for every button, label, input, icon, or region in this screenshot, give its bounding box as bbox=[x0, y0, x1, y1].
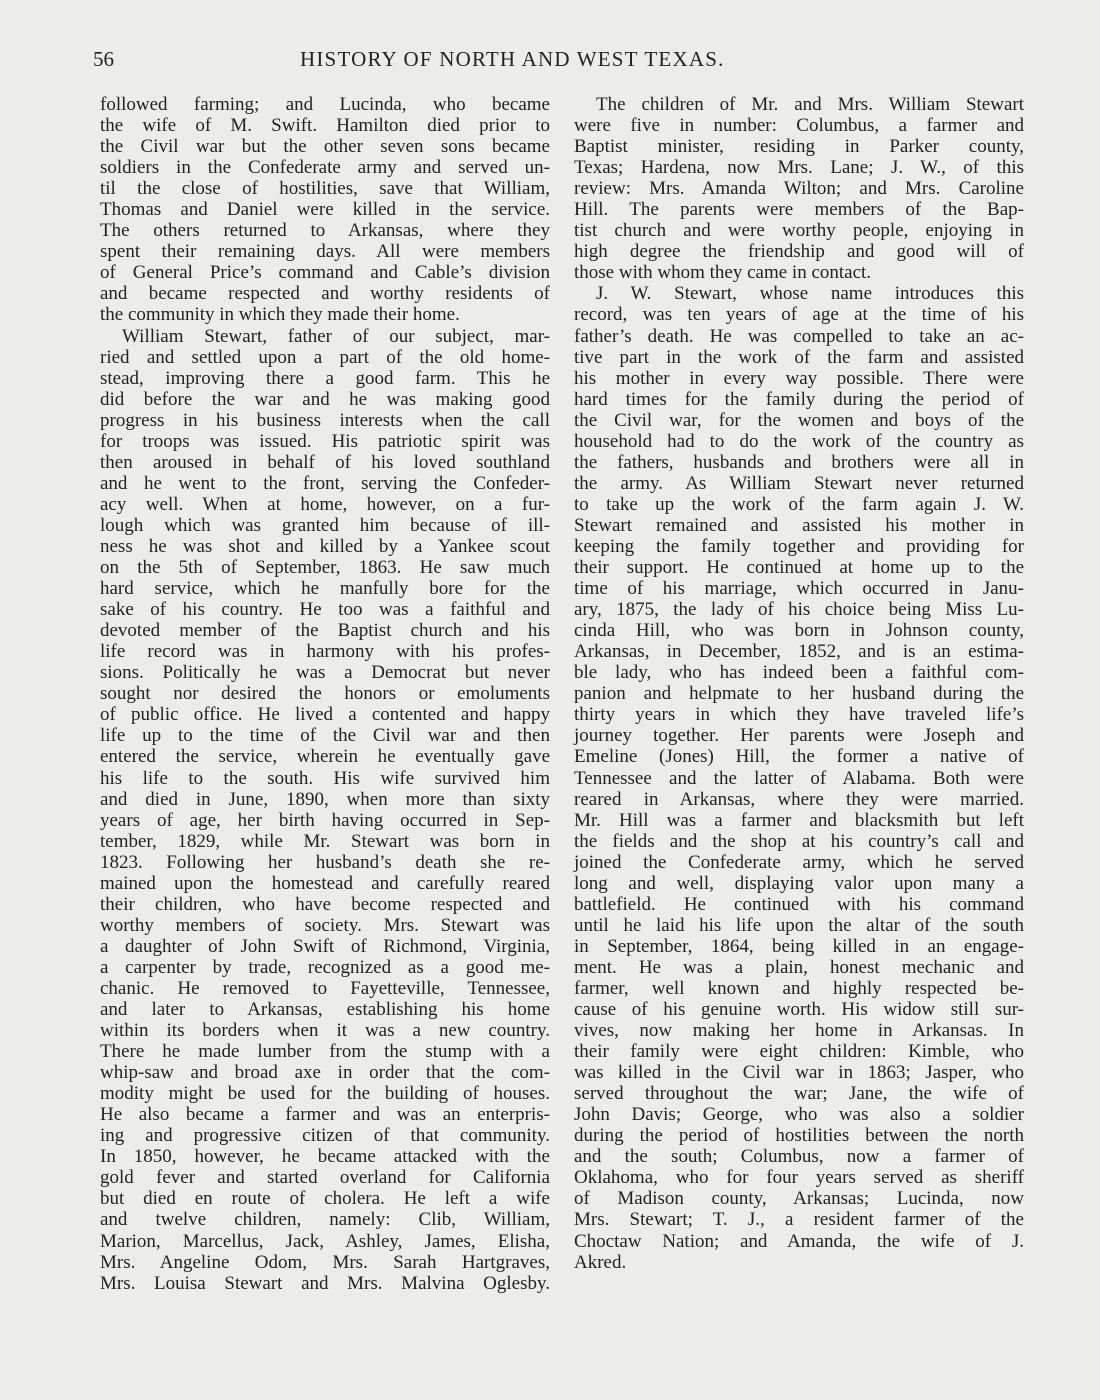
text-line: during the period of hostilities between… bbox=[574, 1125, 1024, 1146]
text-line: joined the Confederate army, which he se… bbox=[574, 852, 1024, 873]
text-line: Stewart remained and assisted his mother… bbox=[574, 515, 1024, 536]
text-line: acy well. When at home, however, on a fu… bbox=[100, 494, 550, 515]
text-line: spent their remaining days. All were mem… bbox=[100, 241, 550, 262]
text-line: review: Mrs. Amanda Wilton; and Mrs. Car… bbox=[574, 178, 1024, 199]
text-line: farmer, well known and highly respected … bbox=[574, 978, 1024, 999]
text-line: high degree the friendship and good will… bbox=[574, 241, 1024, 262]
text-line: thirty years in which they have traveled… bbox=[574, 704, 1024, 725]
text-line: of Madison county, Arkansas; Lucinda, no… bbox=[574, 1188, 1024, 1209]
text-line: gold fever and started overland for Cali… bbox=[100, 1167, 550, 1188]
text-line: within its borders when it was a new cou… bbox=[100, 1020, 550, 1041]
text-line: record, was ten years of age at the time… bbox=[574, 304, 1024, 325]
text-line: cause of his genuine worth. His widow st… bbox=[574, 999, 1024, 1020]
text-line: The children of Mr. and Mrs. William Ste… bbox=[574, 94, 1024, 115]
text-line: Choctaw Nation; and Amanda, the wife of … bbox=[574, 1231, 1024, 1252]
text-line: stead, improving there a good farm. This… bbox=[100, 368, 550, 389]
text-line: lough which was granted him because of i… bbox=[100, 515, 550, 536]
text-line: on the 5th of September, 1863. He saw mu… bbox=[100, 557, 550, 578]
right-column: The children of Mr. and Mrs. William Ste… bbox=[574, 94, 1024, 1273]
text-line: ried and settled upon a part of the old … bbox=[100, 347, 550, 368]
text-line: and became respected and worthy resident… bbox=[100, 283, 550, 304]
text-line: but died en route of cholera. He left a … bbox=[100, 1188, 550, 1209]
text-line: cinda Hill, who was born in Johnson coun… bbox=[574, 620, 1024, 641]
text-line: Arkansas, in December, 1852, and is an e… bbox=[574, 641, 1024, 662]
text-line: the Civil war, for the women and boys of… bbox=[574, 410, 1024, 431]
text-line: reared in Arkansas, where they were marr… bbox=[574, 789, 1024, 810]
text-line: ment. He was a plain, honest mechanic an… bbox=[574, 957, 1024, 978]
text-line: years of age, her birth having occurred … bbox=[100, 810, 550, 831]
text-line: in September, 1864, being killed in an e… bbox=[574, 936, 1024, 957]
text-line: Tennessee and the latter of Alabama. Bot… bbox=[574, 768, 1024, 789]
text-line: ness he was shot and killed by a Yankee … bbox=[100, 536, 550, 557]
text-line: then aroused in behalf of his loved sout… bbox=[100, 452, 550, 473]
text-line: their support. He continued at home up t… bbox=[574, 557, 1024, 578]
text-line: to take up the work of the farm again J.… bbox=[574, 494, 1024, 515]
text-line: Mrs. Louisa Stewart and Mrs. Malvina Ogl… bbox=[100, 1273, 550, 1294]
text-line: battlefield. He continued with his comma… bbox=[574, 894, 1024, 915]
text-line: were five in number: Columbus, a farmer … bbox=[574, 115, 1024, 136]
running-head: HISTORY OF NORTH AND WEST TEXAS. bbox=[300, 47, 725, 72]
text-line: mained upon the homestead and carefully … bbox=[100, 873, 550, 894]
text-line: life record was in harmony with his prof… bbox=[100, 641, 550, 662]
text-line: their family were eight children: Kimble… bbox=[574, 1041, 1024, 1062]
text-line: the community in which they made their h… bbox=[100, 304, 550, 325]
text-line: tember, 1829, while Mr. Stewart was born… bbox=[100, 831, 550, 852]
text-line: He also became a farmer and was an enter… bbox=[100, 1104, 550, 1125]
text-line: 1823. Following her husband’s death she … bbox=[100, 852, 550, 873]
text-line: Thomas and Daniel were killed in the ser… bbox=[100, 199, 550, 220]
text-line: Mrs. Angeline Odom, Mrs. Sarah Hartgrave… bbox=[100, 1252, 550, 1273]
text-line: the army. As William Stewart never retur… bbox=[574, 473, 1024, 494]
text-line: and he went to the front, serving the Co… bbox=[100, 473, 550, 494]
text-line: did before the war and he was making goo… bbox=[100, 389, 550, 410]
text-line: In 1850, however, he became attacked wit… bbox=[100, 1146, 550, 1167]
text-line: sought nor desired the honors or emolume… bbox=[100, 683, 550, 704]
text-line: until he laid his life upon the altar of… bbox=[574, 915, 1024, 936]
text-line: the fathers, husbands and brothers were … bbox=[574, 452, 1024, 473]
text-line: his life to the south. His wife survived… bbox=[100, 768, 550, 789]
text-line: was killed in the Civil war in 1863; Jas… bbox=[574, 1062, 1024, 1083]
text-line: time of his marriage, which occurred in … bbox=[574, 578, 1024, 599]
text-line: sions. Politically he was a Democrat but… bbox=[100, 662, 550, 683]
text-line: father’s death. He was compelled to take… bbox=[574, 326, 1024, 347]
text-line: household had to do the work of the coun… bbox=[574, 431, 1024, 452]
text-line: Mr. Hill was a farmer and blacksmith but… bbox=[574, 810, 1024, 831]
text-line: life up to the time of the Civil war and… bbox=[100, 725, 550, 746]
text-line: of public office. He lived a contented a… bbox=[100, 704, 550, 725]
text-line: their children, who have become respecte… bbox=[100, 894, 550, 915]
text-line: Baptist minister, residing in Parker cou… bbox=[574, 136, 1024, 157]
text-line: served throughout the war; Jane, the wif… bbox=[574, 1083, 1024, 1104]
text-line: vives, now making her home in Arkansas. … bbox=[574, 1020, 1024, 1041]
text-line: devoted member of the Baptist church and… bbox=[100, 620, 550, 641]
text-line: chanic. He removed to Fayetteville, Tenn… bbox=[100, 978, 550, 999]
text-line: the Civil war but the other seven sons b… bbox=[100, 136, 550, 157]
text-line: and the south; Columbus, now a farmer of bbox=[574, 1146, 1024, 1167]
text-line: til the close of hostilities, save that … bbox=[100, 178, 550, 199]
page-number: 56 bbox=[93, 47, 114, 72]
text-line: tive part in the work of the farm and as… bbox=[574, 347, 1024, 368]
text-line: whip-saw and broad axe in order that the… bbox=[100, 1062, 550, 1083]
text-line: a carpenter by trade, recognized as a go… bbox=[100, 957, 550, 978]
text-line: the wife of M. Swift. Hamilton died prio… bbox=[100, 115, 550, 136]
text-line: John Davis; George, who was also a soldi… bbox=[574, 1104, 1024, 1125]
text-line: and died in June, 1890, when more than s… bbox=[100, 789, 550, 810]
text-line: sake of his country. He too was a faithf… bbox=[100, 599, 550, 620]
text-line: Texas; Hardena, now Mrs. Lane; J. W., of… bbox=[574, 157, 1024, 178]
text-line: Hill. The parents were members of the Ba… bbox=[574, 199, 1024, 220]
text-line: Oklahoma, who for four years served as s… bbox=[574, 1167, 1024, 1188]
text-line: tist church and were worthy people, enjo… bbox=[574, 220, 1024, 241]
text-line: progress in his business interests when … bbox=[100, 410, 550, 431]
text-line: William Stewart, father of our subject, … bbox=[100, 326, 550, 347]
text-line: and twelve children, namely: Clib, Willi… bbox=[100, 1209, 550, 1230]
text-line: worthy members of society. Mrs. Stewart … bbox=[100, 915, 550, 936]
text-line: Akred. bbox=[574, 1252, 1024, 1273]
text-line: hard service, which he manfully bore for… bbox=[100, 578, 550, 599]
text-line: for troops was issued. His patriotic spi… bbox=[100, 431, 550, 452]
text-line: his mother in every way possible. There … bbox=[574, 368, 1024, 389]
text-line: those with whom they came in contact. bbox=[574, 262, 1024, 283]
text-line: entered the service, wherein he eventual… bbox=[100, 746, 550, 767]
text-line: The others returned to Arkansas, where t… bbox=[100, 220, 550, 241]
text-line: Emeline (Jones) Hill, the former a nativ… bbox=[574, 746, 1024, 767]
text-line: soldiers in the Confederate army and ser… bbox=[100, 157, 550, 178]
text-line: a daughter of John Swift of Richmond, Vi… bbox=[100, 936, 550, 957]
text-line: J. W. Stewart, whose name introduces thi… bbox=[574, 283, 1024, 304]
text-line: the fields and the shop at his country’s… bbox=[574, 831, 1024, 852]
text-line: long and well, displaying valor upon man… bbox=[574, 873, 1024, 894]
text-line: ble lady, who has indeed been a faithful… bbox=[574, 662, 1024, 683]
text-line: keeping the family together and providin… bbox=[574, 536, 1024, 557]
text-line: panion and helpmate to her husband durin… bbox=[574, 683, 1024, 704]
text-line: There he made lumber from the stump with… bbox=[100, 1041, 550, 1062]
text-line: ing and progressive citizen of that comm… bbox=[100, 1125, 550, 1146]
text-line: followed farming; and Lucinda, who becam… bbox=[100, 94, 550, 115]
left-column: followed farming; and Lucinda, who becam… bbox=[100, 94, 550, 1294]
text-line: ary, 1875, the lady of his choice being … bbox=[574, 599, 1024, 620]
text-line: journey together. Her parents were Josep… bbox=[574, 725, 1024, 746]
text-line: hard times for the family during the per… bbox=[574, 389, 1024, 410]
text-line: of General Price’s command and Cable’s d… bbox=[100, 262, 550, 283]
text-line: Marion, Marcellus, Jack, Ashley, James, … bbox=[100, 1231, 550, 1252]
text-line: and later to Arkansas, establishing his … bbox=[100, 999, 550, 1020]
text-line: modity might be used for the building of… bbox=[100, 1083, 550, 1104]
text-line: Mrs. Stewart; T. J., a resident farmer o… bbox=[574, 1209, 1024, 1230]
